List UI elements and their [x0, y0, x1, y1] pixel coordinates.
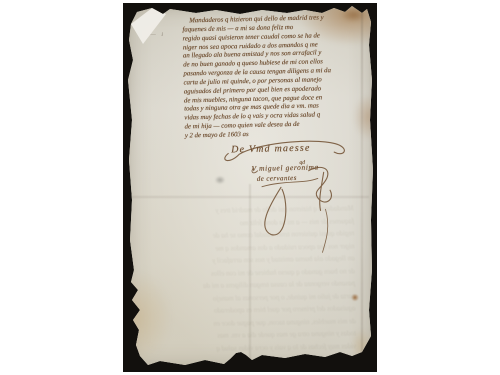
signature-rubric-flourish [124, 3, 378, 370]
manuscript-paper: Mandaderos q hizieron qui dello de madri… [127, 6, 373, 368]
manuscript-content: — i Mandaderos q hizieron qui dello de m… [124, 3, 378, 370]
photograph-of-manuscript: { "colors": { "page_background": "#fffff… [0, 0, 500, 375]
photo-backdrop: Mandaderos q hizieron qui dello de madri… [123, 3, 377, 372]
